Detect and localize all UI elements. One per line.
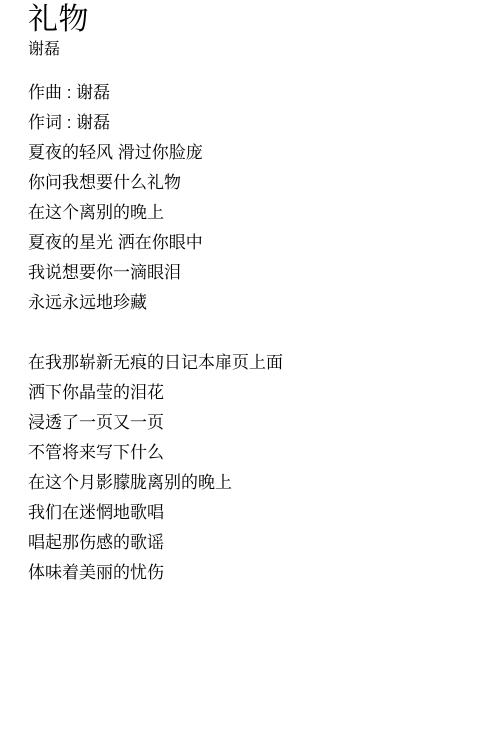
lyric-line: 夏夜的轻风 滑过你脸庞	[28, 138, 480, 168]
lyric-line: 永远永远地珍藏	[28, 288, 480, 318]
lyric-line: 在我那崭新无痕的日记本扉页上面	[28, 348, 480, 378]
lyric-line: 我们在迷惘地歌唱	[28, 498, 480, 528]
page-title: 礼物	[28, 0, 480, 40]
lyric-line: 你问我想要什么礼物	[28, 168, 480, 198]
lyric-line: 浸透了一页又一页	[28, 408, 480, 438]
lyrics-page: 礼物 谢磊 作曲 : 谢磊 作词 : 谢磊 夏夜的轻风 滑过你脸庞 你问我想要什…	[0, 0, 500, 730]
lyric-line: 我说想要你一滴眼泪	[28, 258, 480, 288]
artist-name: 谢磊	[28, 40, 480, 60]
lyric-line: 体味着美丽的忧伤	[28, 558, 480, 588]
lyric-line: 在这个月影朦胧离别的晚上	[28, 468, 480, 498]
lyric-line: 作曲 : 谢磊	[28, 78, 480, 108]
lyric-line: 洒下你晶莹的泪花	[28, 378, 480, 408]
lyric-line: 在这个离别的晚上	[28, 198, 480, 228]
lyric-line: 不管将来写下什么	[28, 438, 480, 468]
lyric-line: 夏夜的星光 洒在你眼中	[28, 228, 480, 258]
lyrics-block: 作曲 : 谢磊 作词 : 谢磊 夏夜的轻风 滑过你脸庞 你问我想要什么礼物 在这…	[28, 78, 480, 588]
lyric-line-blank	[28, 318, 480, 348]
lyric-line: 唱起那伤感的歌谣	[28, 528, 480, 558]
lyric-line: 作词 : 谢磊	[28, 108, 480, 138]
